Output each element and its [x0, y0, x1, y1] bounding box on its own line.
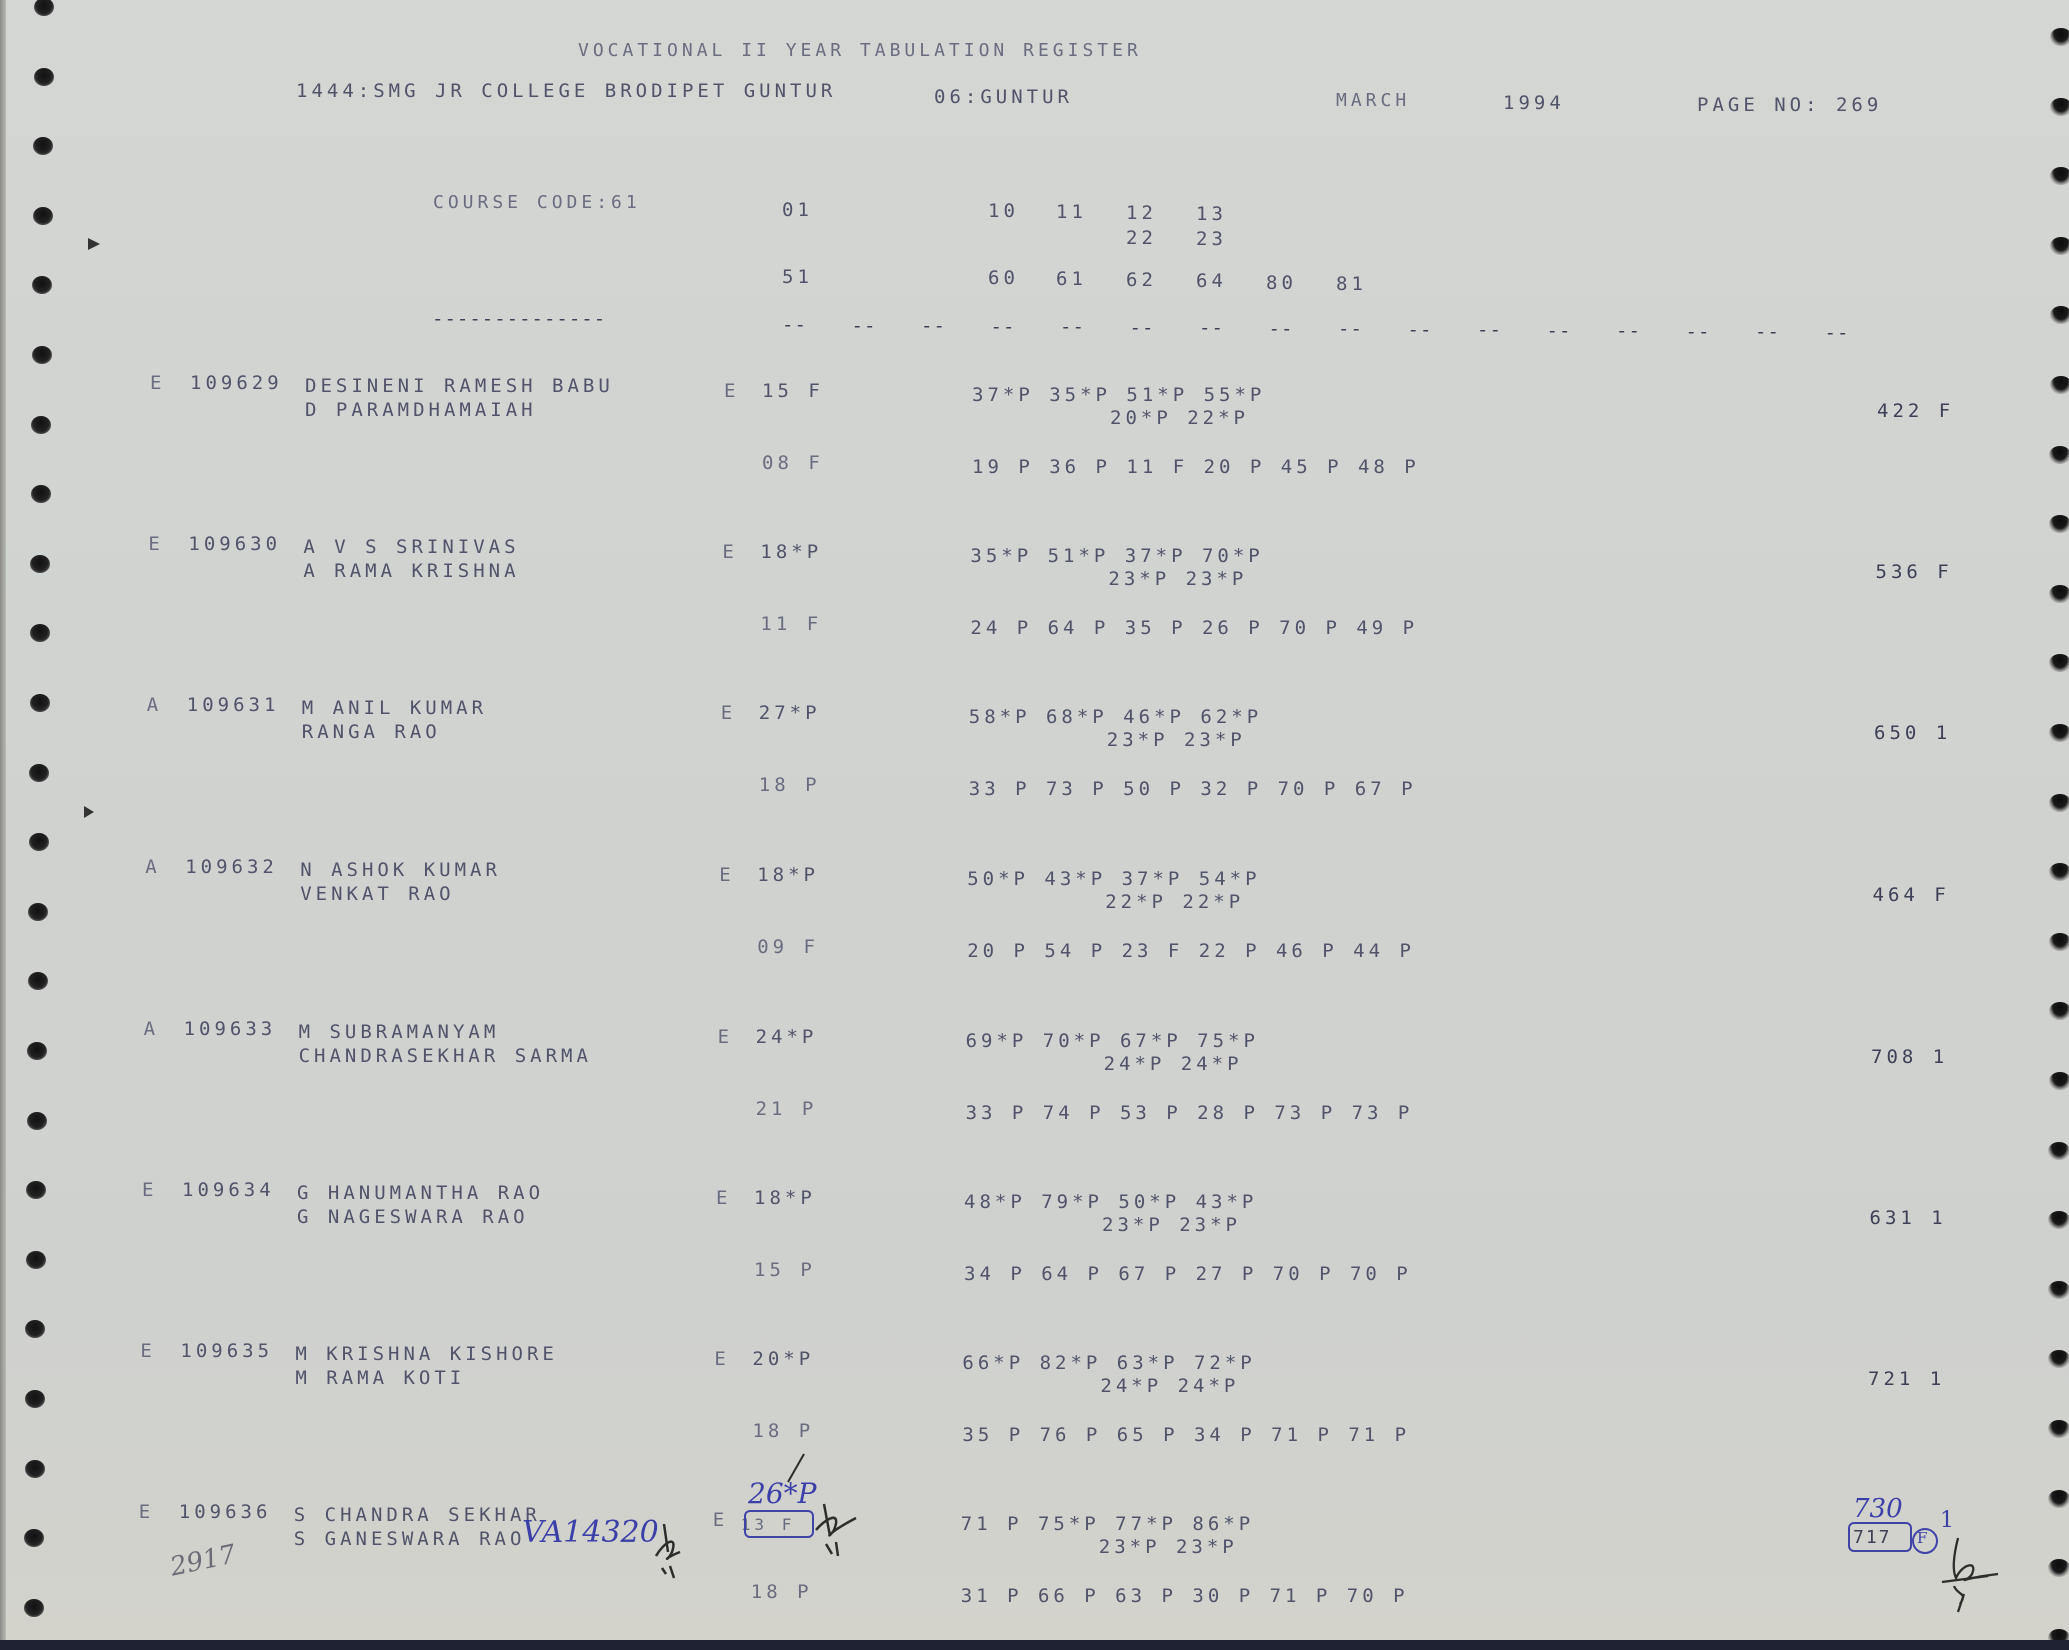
category-code: E: [142, 1181, 157, 1200]
sprocket-hole: [29, 833, 49, 851]
sprocket-hole: [2049, 863, 2069, 881]
subject-code: 61: [1056, 270, 1087, 289]
medium-code: E: [713, 1511, 728, 1530]
part1-second-year-marks: 09 F: [757, 938, 819, 957]
part1-first-year-marks: 18*P: [754, 1189, 816, 1208]
hall-ticket-number: 109629: [190, 374, 283, 393]
hall-ticket-number: 109633: [184, 1020, 277, 1039]
sprocket-hole: [2050, 376, 2069, 394]
subject-code: 12: [1126, 204, 1157, 223]
exam-year: 1994: [1503, 94, 1565, 113]
tabulation-register-sheet: VOCATIONAL II YEAR TABULATION REGISTER 1…: [0, 0, 2069, 1640]
column-rule: --: [782, 316, 807, 335]
grand-total-result: 650 1: [1874, 724, 1951, 743]
column-rule: --: [852, 317, 877, 336]
category-code: E: [140, 1342, 155, 1361]
hall-ticket-number: 109630: [188, 535, 281, 554]
sprocket-hole: [2049, 654, 2069, 672]
sprocket-hole: [24, 1529, 44, 1547]
sprocket-hole: [28, 972, 48, 990]
exam-month: MARCH: [1336, 92, 1410, 110]
sprocket-hole: [2049, 1002, 2069, 1020]
name-column-rule: --------------: [432, 310, 606, 329]
part1-first-year-marks: 18*P: [760, 543, 822, 562]
sprocket-hole: [25, 1460, 45, 1478]
sprocket-hole: [2048, 1211, 2069, 1229]
sprocket-hole: [2048, 1142, 2069, 1160]
student-name: N ASHOK KUMAR: [300, 861, 501, 880]
first-year-subject-marks: 58*P 68*P 46*P 62*P: [969, 708, 1262, 727]
sprocket-hole: [2048, 1559, 2069, 1577]
sprocket-hole: [27, 1112, 47, 1130]
sprocket-hole: [2049, 515, 2069, 533]
medium-code: E: [718, 1028, 733, 1047]
first-year-practical-marks: 23*P 23*P: [1107, 731, 1246, 750]
part1-second-year-marks: 18 P: [752, 1422, 814, 1441]
father-name: M RAMA KOTI: [295, 1369, 465, 1388]
sprocket-hole: [2050, 306, 2069, 324]
grand-total-result: 536 F: [1876, 563, 1953, 582]
part1-second-year-marks: 18 P: [759, 776, 821, 795]
sprocket-hole: [2049, 794, 2069, 812]
sprocket-hole: [32, 276, 52, 294]
sprocket-hole: [31, 416, 51, 434]
subject-code: 60: [988, 269, 1019, 288]
column-rule: --: [1825, 324, 1850, 343]
medium-code: E: [716, 1189, 731, 1208]
first-year-practical-marks: 20*P 22*P: [1110, 409, 1249, 428]
student-name: G HANUMANTHA RAO: [297, 1184, 544, 1203]
sprocket-hole: [24, 1599, 44, 1617]
part1-first-year-marks: 15 F: [762, 382, 824, 401]
first-year-practical-marks: 23*P 23*P: [1108, 570, 1247, 589]
part1-first-year-marks: 18*P: [757, 866, 819, 885]
first-year-subject-marks: 69*P 70*P 67*P 75*P: [966, 1032, 1259, 1051]
category-code: A: [144, 1020, 159, 1039]
first-year-subject-marks: 37*P 35*P 51*P 55*P: [972, 386, 1265, 405]
sprocket-hole: [2048, 1629, 2069, 1640]
grand-total-result: 708 1: [1871, 1048, 1948, 1067]
sprocket-hole: [26, 1181, 46, 1199]
grand-total-result: 721 1: [1868, 1370, 1945, 1389]
college-name: 1444:SMG JR COLLEGE BRODIPET GUNTUR: [296, 82, 836, 101]
sprocket-hole: [2049, 446, 2069, 464]
second-year-subject-marks: 33 P 73 P 50 P 32 P 70 P 67 P: [969, 780, 1417, 799]
second-year-subject-marks: 24 P 64 P 35 P 26 P 70 P 49 P: [970, 619, 1418, 638]
sprocket-hole: [29, 764, 49, 782]
student-name: M ANIL KUMAR: [302, 699, 487, 718]
column-rule: --: [1686, 323, 1711, 342]
sprocket-hole: [33, 137, 53, 155]
subject-code: 13: [1196, 205, 1227, 224]
hall-ticket-number: 109632: [185, 858, 278, 877]
category-code: E: [150, 374, 165, 393]
student-name: M KRISHNA KISHORE: [295, 1345, 557, 1364]
handwritten-ref-number: VA14320: [522, 1518, 659, 1548]
first-year-practical-marks: 22*P 22*P: [1105, 893, 1244, 912]
hall-ticket-number: 109634: [182, 1181, 275, 1200]
sprocket-hole: [30, 624, 50, 642]
medium-code: E: [724, 382, 739, 401]
subject-code: 51: [782, 268, 813, 287]
second-year-subject-marks: 31 P 66 P 63 P 30 P 71 P 70 P: [961, 1587, 1409, 1606]
subject-code: 80: [1266, 274, 1297, 293]
sprocket-hole: [25, 1320, 45, 1338]
total-correction-box: [1848, 1522, 1912, 1552]
part1-second-year-marks: 18 P: [751, 1583, 813, 1602]
subject-code: 22: [1126, 229, 1157, 248]
part1-second-year-marks: 15 P: [754, 1261, 816, 1280]
part1-second-year-marks: 11 F: [760, 615, 822, 634]
handwritten-superscript: 1: [1940, 1510, 1954, 1532]
sprocket-hole: [2050, 98, 2069, 116]
father-name: CHANDRASEKHAR SARMA: [299, 1047, 592, 1066]
second-year-subject-marks: 34 P 64 P 67 P 27 P 70 P 70 P: [964, 1265, 1412, 1284]
category-code: A: [145, 858, 160, 877]
father-name: RANGA RAO: [302, 723, 441, 742]
second-year-subject-marks: 33 P 74 P 53 P 28 P 73 P 73 P: [966, 1104, 1414, 1123]
sprocket-hole: [2050, 237, 2069, 255]
hall-ticket-number: 109636: [179, 1503, 272, 1522]
father-name: VENKAT RAO: [300, 885, 454, 904]
sprocket-hole: [33, 207, 53, 225]
grand-total-result: 464 F: [1873, 886, 1950, 905]
signature-icon: [1938, 1534, 2008, 1614]
sprocket-hole: [30, 694, 50, 712]
first-year-practical-marks: 23*P 23*P: [1099, 1538, 1238, 1557]
sprocket-hole: [28, 903, 48, 921]
second-year-subject-marks: 19 P 36 P 11 F 20 P 45 P 48 P: [972, 458, 1420, 477]
register-title: VOCATIONAL II YEAR TABULATION REGISTER: [578, 42, 1142, 60]
part1-first-year-marks: 20*P: [752, 1350, 814, 1369]
medium-code: E: [721, 704, 736, 723]
district: 06:GUNTUR: [934, 88, 1073, 107]
father-name: S GANESWARA RAO: [294, 1530, 526, 1549]
sprocket-hole: [2048, 1420, 2069, 1438]
subject-code: 62: [1126, 271, 1157, 290]
column-rule: --: [1408, 321, 1433, 340]
handwritten-corrected-total: 730: [1853, 1496, 1903, 1522]
column-rule: --: [1477, 321, 1502, 340]
medium-code: E: [714, 1350, 729, 1369]
sprocket-hole: [34, 68, 54, 86]
sprocket-hole: [32, 346, 52, 364]
category-code: A: [147, 696, 162, 715]
grand-total-result: 422 F: [1877, 402, 1954, 421]
first-year-subject-marks: 50*P 43*P 37*P 54*P: [967, 870, 1260, 889]
scanner-background: [0, 1640, 2069, 1650]
sprocket-hole: [2049, 724, 2069, 742]
sprocket-hole: [2050, 28, 2069, 46]
part1-first-year-marks: 27*P: [759, 704, 821, 723]
column-rule: --: [1130, 319, 1155, 338]
sprocket-hole: [25, 1390, 45, 1408]
sprocket-hole: [2048, 1281, 2069, 1299]
part1-second-year-marks: 08 F: [762, 454, 824, 473]
medium-code: E: [719, 866, 734, 885]
sprocket-hole: [2049, 585, 2069, 603]
student-name: M SUBRAMANYAM: [299, 1023, 500, 1042]
column-rule: --: [1547, 322, 1572, 341]
paper-left-edge: [0, 0, 6, 1640]
father-name: D PARAMDHAMAIAH: [305, 401, 537, 420]
category-code: E: [139, 1503, 154, 1522]
first-year-subject-marks: 71 P 75*P 77*P 86*P: [961, 1515, 1254, 1534]
hall-ticket-number: 109631: [187, 696, 280, 715]
subject-code: 23: [1196, 230, 1227, 249]
column-rule: --: [1199, 319, 1224, 338]
handwritten-margin-note: 2917: [168, 1541, 238, 1580]
column-rule: --: [1755, 323, 1780, 342]
column-rule: --: [1269, 320, 1294, 339]
subject-code: 81: [1336, 275, 1367, 294]
subject-code: 64: [1196, 272, 1227, 291]
hall-ticket-number: 109635: [180, 1342, 273, 1361]
student-name: S CHANDRA SEKHAR: [294, 1506, 541, 1525]
second-year-subject-marks: 20 P 54 P 23 F 22 P 46 P 44 P: [967, 942, 1415, 961]
part1-second-year-marks: 21 P: [756, 1100, 818, 1119]
sprocket-hole: [31, 485, 51, 503]
student-name: DESINENI RAMESH BABU: [305, 377, 614, 396]
column-rule: --: [1338, 320, 1363, 339]
second-year-subject-marks: 35 P 76 P 65 P 34 P 71 P 71 P: [962, 1426, 1410, 1445]
signature-icon: [650, 1522, 690, 1582]
medium-code: E: [722, 543, 737, 562]
subject-code: 11: [1056, 203, 1087, 222]
column-rule: --: [921, 317, 946, 336]
first-year-subject-marks: 35*P 51*P 37*P 70*P: [970, 547, 1263, 566]
category-code: E: [148, 535, 163, 554]
sprocket-hole: [34, 0, 54, 16]
subject-code: 01: [782, 201, 813, 220]
first-year-subject-marks: 66*P 82*P 63*P 72*P: [962, 1354, 1255, 1373]
correction-tick-icon: [780, 1452, 810, 1492]
signature-icon: [812, 1500, 862, 1560]
first-year-practical-marks: 24*P 24*P: [1100, 1377, 1239, 1396]
circled-result-letter: F: [1917, 1531, 1927, 1546]
first-year-subject-marks: 48*P 79*P 50*P 43*P: [964, 1193, 1257, 1212]
sprocket-hole: [30, 555, 50, 573]
subject-code: 10: [988, 202, 1019, 221]
sprocket-hole: [27, 1042, 47, 1060]
page-number: PAGE NO: 269: [1697, 96, 1882, 115]
punch-mark-icon: [88, 238, 100, 250]
correction-box: [744, 1510, 814, 1538]
course-code: COURSE CODE:61: [433, 194, 641, 212]
sprocket-hole: [2049, 933, 2069, 951]
column-rule: --: [1060, 318, 1085, 337]
student-name: A V S SRINIVAS: [303, 538, 519, 557]
father-name: A RAMA KRISHNA: [303, 562, 519, 581]
column-rule: --: [991, 318, 1016, 337]
father-name: G NAGESWARA RAO: [297, 1208, 529, 1227]
punch-mark-icon: [84, 806, 94, 818]
part1-first-year-marks: 24*P: [756, 1028, 818, 1047]
sprocket-hole: [2048, 1350, 2069, 1368]
sprocket-hole: [26, 1251, 46, 1269]
column-rule: --: [1616, 322, 1641, 341]
first-year-practical-marks: 24*P 24*P: [1104, 1055, 1243, 1074]
sprocket-hole: [2048, 1490, 2069, 1508]
grand-total-result: 631 1: [1870, 1209, 1947, 1228]
sprocket-hole: [2050, 167, 2069, 185]
sprocket-hole: [2049, 1072, 2069, 1090]
first-year-practical-marks: 23*P 23*P: [1102, 1216, 1241, 1235]
